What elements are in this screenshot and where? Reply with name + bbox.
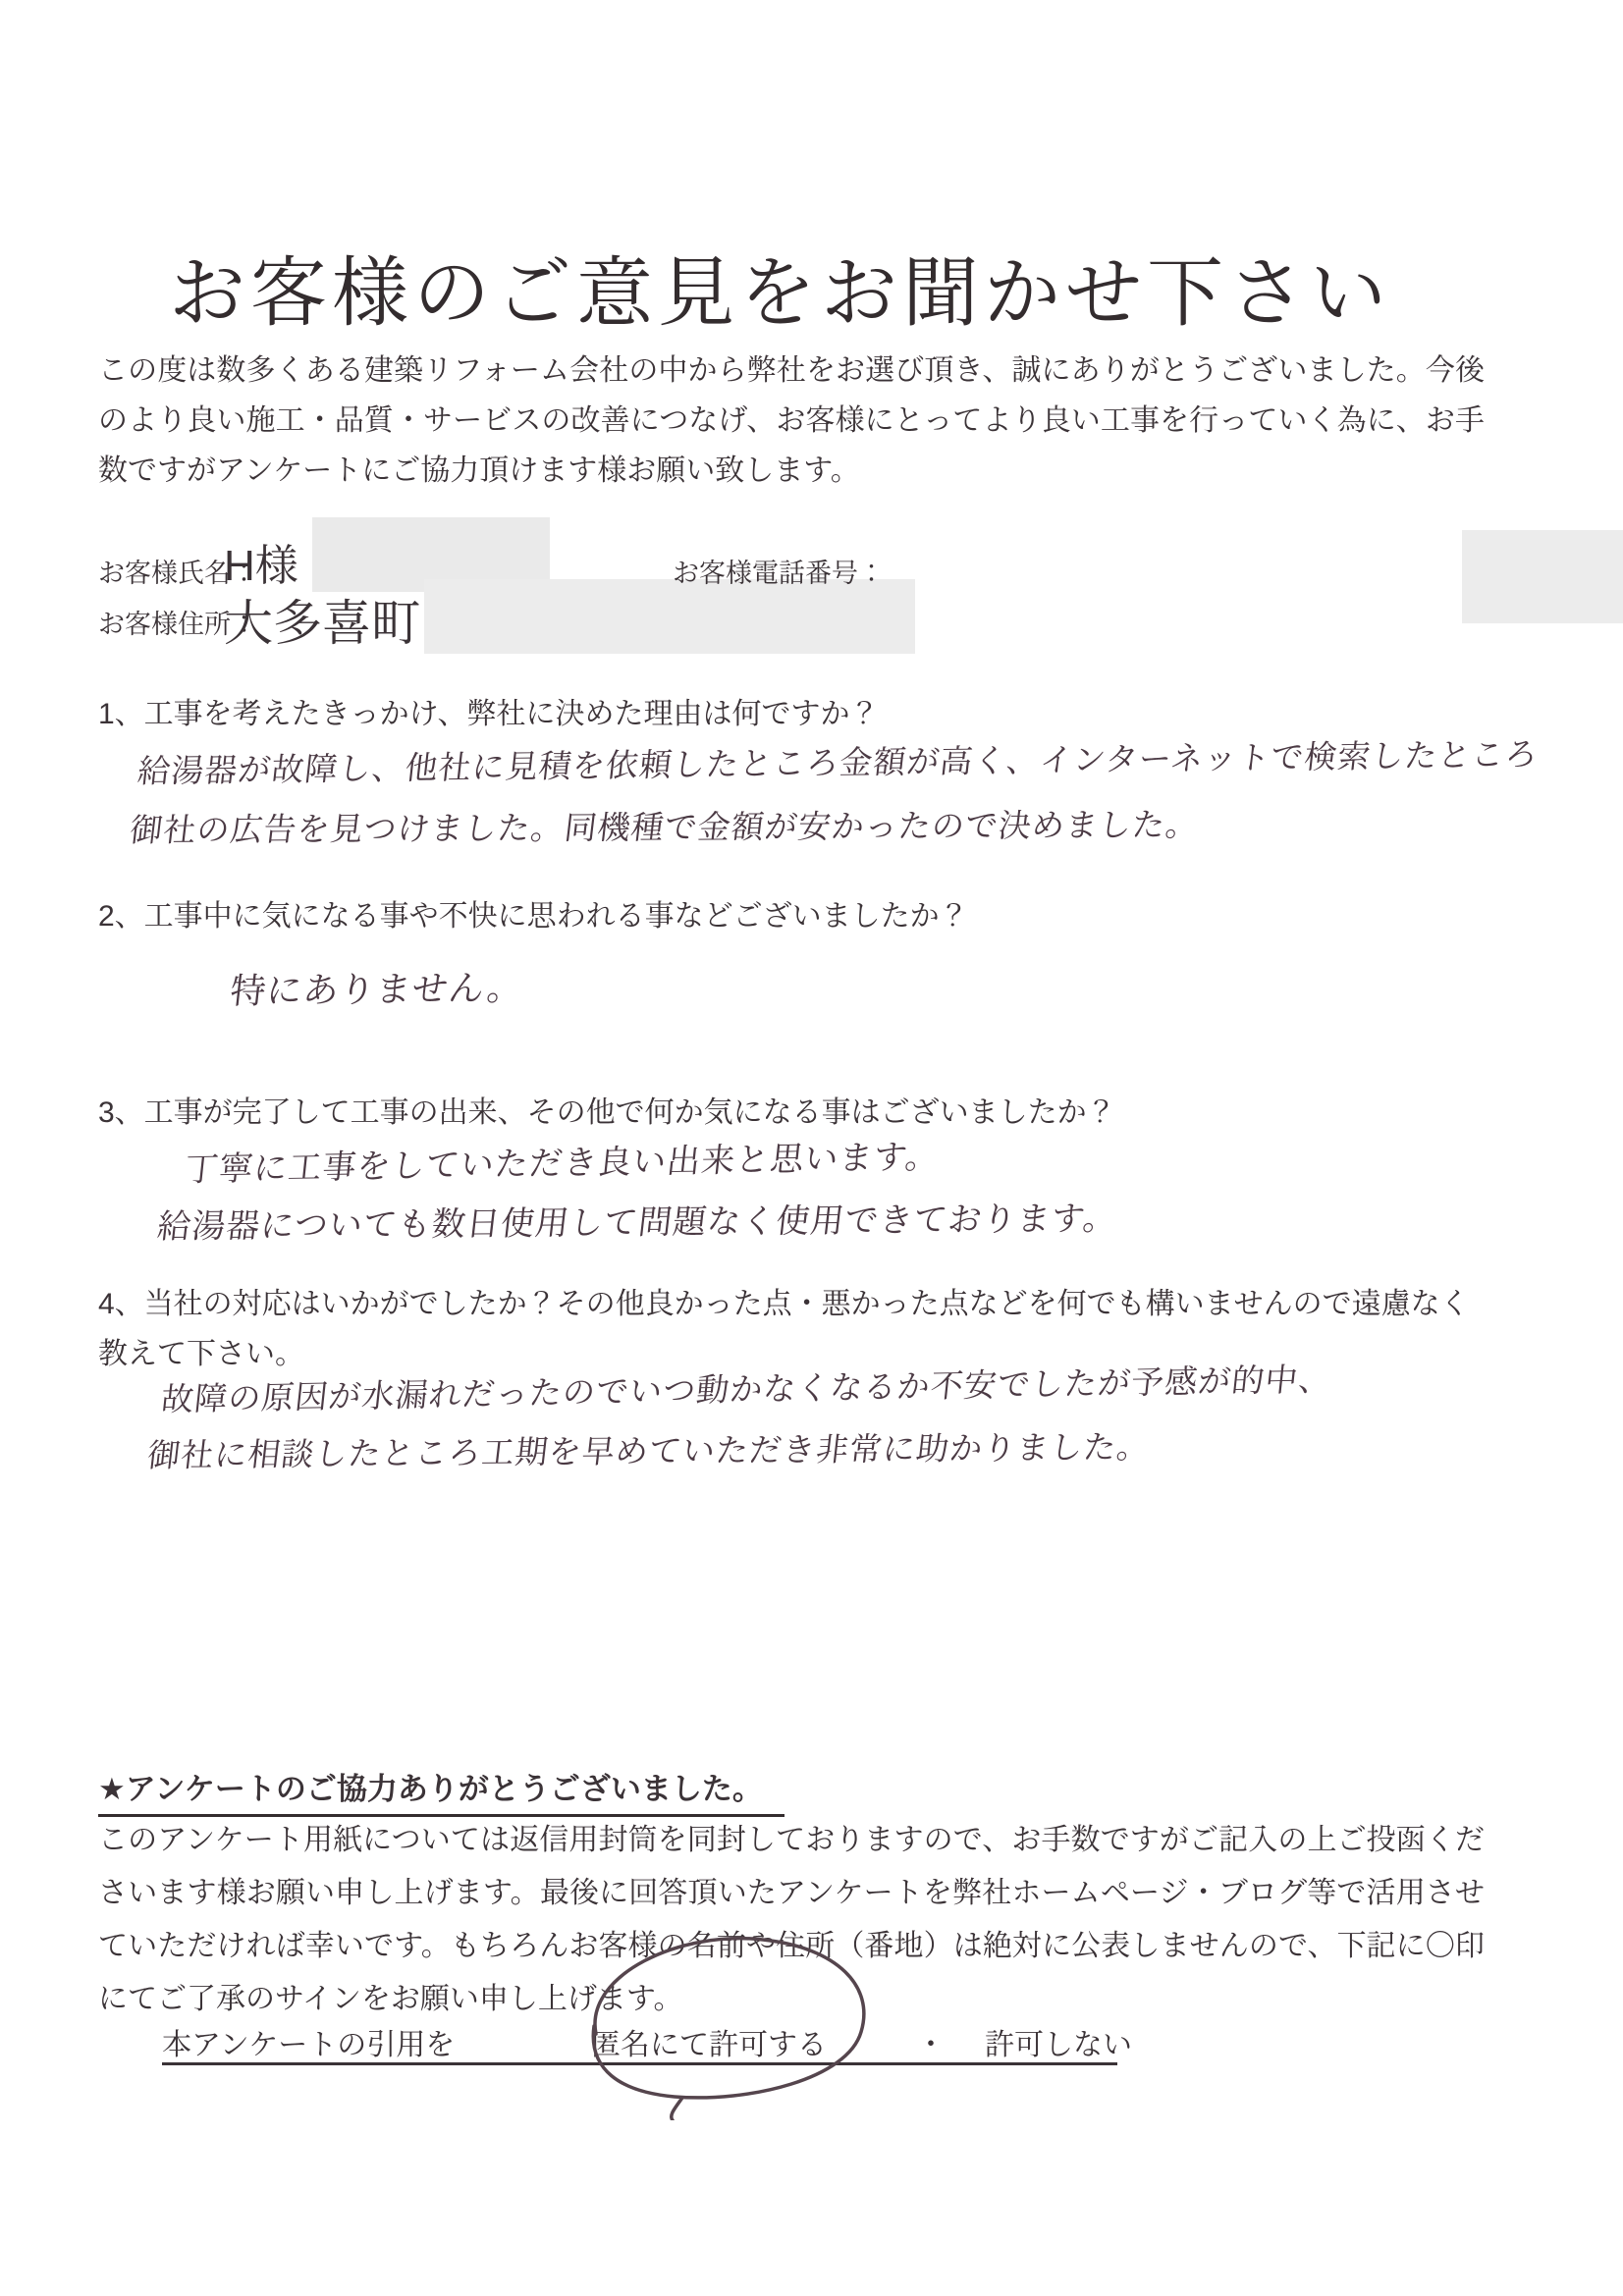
footer-paragraph: このアンケート用紙については返信用封筒を同封しておりますので、お手数ですがご記入…: [98, 1814, 1485, 2026]
question-4-answer-handwriting: 御社に相談したところ工期を早めていただき非常に助かりました。: [145, 1421, 1153, 1476]
intro-paragraph: この度は数多くある建築リフォーム会社の中から弊社をお選び頂き、誠にありがとうござ…: [98, 346, 1485, 496]
consent-underline: [162, 2062, 1117, 2065]
question-3-answer-handwriting: 丁寧に工事をしていただき良い出来と思います。: [183, 1130, 943, 1191]
page-title: お客様のご意見をお聞かせ下さい: [169, 232, 1391, 342]
redaction-box-address: [424, 579, 915, 654]
consent-separator: ・: [916, 2020, 946, 2063]
question-1-answer-handwriting: 御社の広告を見つけました。同機種で金額が安かったので決めました。: [128, 799, 1202, 851]
customer-phone-label: お客様電話番号：: [673, 552, 885, 590]
question-2-label: 2、工事中に気になる事や不快に思われる事などございましたか？: [98, 891, 969, 934]
thanks-heading: ★アンケートのご協力ありがとうございました。: [98, 1764, 784, 1817]
consent-option-allow: 匿名にて許可する: [591, 2020, 827, 2063]
consent-prefix-label: 本アンケートの引用を: [162, 2020, 455, 2063]
customer-address-value: 大多喜町: [224, 584, 420, 655]
question-1-answer-handwriting: 給湯器が故障し、他社に見積を依頼したところ金額が高く、インターネットで検索したと…: [135, 729, 1542, 792]
question-3-answer-handwriting: 給湯器についても数日使用して問題なく使用できております。: [155, 1191, 1120, 1248]
survey-sheet: お客様のご意見をお聞かせ下さい この度は数多くある建築リフォーム会社の中から弊社…: [0, 0, 1623, 2296]
question-3-label: 3、工事が完了して工事の出来、その他で何か気になる事はございましたか？: [98, 1088, 1116, 1131]
question-1-label: 1、工事を考えたきっかけ、弊社に決めた理由は何ですか？: [98, 689, 879, 732]
consent-row: 本アンケートの引用を 匿名にて許可する ・ 許可しない: [162, 2020, 1134, 2063]
question-2-answer-handwriting: 特にありません。: [228, 960, 526, 1014]
consent-option-deny: 許可しない: [985, 2020, 1132, 2063]
redaction-box-phone: [1462, 530, 1623, 623]
